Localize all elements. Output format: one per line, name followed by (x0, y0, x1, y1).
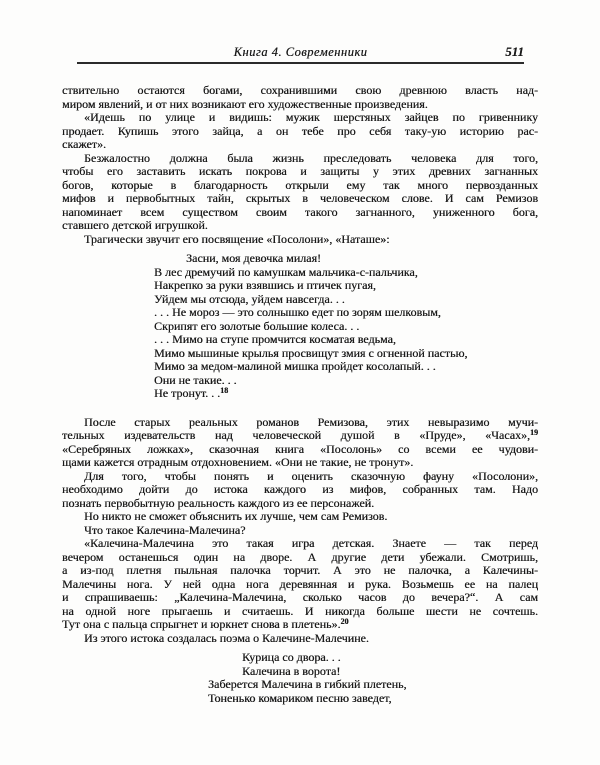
running-head: Книга 4. Современники 511 (77, 43, 524, 64)
line-text: Накрепко за руки взявшись и птичек пугая… (154, 278, 376, 292)
text-line: тельных издевательств над человеческой д… (62, 429, 538, 443)
text-line: познать первобытную реальность каждого и… (62, 497, 538, 511)
line-text: Уйдем мы отсюда, уйдем навсегда. . . (154, 292, 345, 306)
line-text: В лес дремучий по камушкам мальчика-с-па… (154, 265, 418, 279)
text-line: миром явлений, и от них возникают его ху… (62, 98, 538, 112)
line-text: Скрипят его золотые большие колеса. . . (154, 319, 359, 333)
line-text: Засни, моя девочка милая! (186, 251, 321, 265)
line-text: богов, которые в благодарность открыли е… (62, 178, 538, 192)
line-text: Что такое Калечина-Малечина? (84, 523, 245, 537)
line-text: вечером останешься один на дворе. А друг… (62, 550, 538, 564)
line-text: ствительно остаются богами, сохранившими… (62, 83, 538, 97)
line-text: . . . Мимо на ступе промчится косматая в… (154, 332, 396, 346)
paragraph: «Идешь по улице и видишь: мужик шерстяны… (62, 111, 538, 152)
paragraph: ствительно остаются богами, сохранившими… (62, 84, 538, 111)
text-line: «Идешь по улице и видишь: мужик шерстяны… (62, 111, 538, 125)
text-line: Тут она с пальца спрыгнет и юркнет снова… (62, 618, 538, 632)
line-text: миром явлений, и от них возникают его ху… (62, 97, 428, 111)
text-line: скажет». (62, 138, 538, 152)
verse-line: Скрипят его золотые большие колеса. . . (154, 320, 538, 334)
line-text: Из этого истока создалась поэма о Калечи… (84, 631, 369, 645)
text-line: необходимо дойти до истока каждого из ми… (62, 483, 538, 497)
text-line: продает. Купишь этого зайца, а он тебе п… (62, 125, 538, 139)
line-text: «Калечина-Малечина это такая игра детска… (84, 536, 538, 550)
line-text: «Идешь по улице и видишь: мужик шерстяны… (84, 110, 538, 124)
text-line: Трагически звучит его посвящение «Посоло… (62, 233, 538, 247)
verse-line: Тоненько комариком песню заведет, (208, 692, 538, 706)
verse-line: Калечина в ворота! (242, 665, 538, 679)
line-text: . . . Не мороз — это солнышко едет по зо… (154, 305, 441, 319)
paragraph: Но никто не сможет объяснить их лучше, ч… (62, 510, 538, 524)
verse-line: Не тронут. . .18 (154, 387, 538, 401)
line-text: мифов и первобытных тайн, скрытых в чело… (62, 191, 538, 205)
line-text: Малечины нога. У ней одна нога деревянна… (62, 577, 538, 591)
text-line: богов, которые в благодарность открыли е… (62, 179, 538, 193)
line-text: и спрашиваешь: „Калечина-Малечина, сколь… (62, 590, 538, 604)
text-block: ствительно остаются богами, сохранившими… (62, 84, 538, 720)
text-line: напоминает всем существом своим такого з… (62, 206, 538, 220)
line-text: Трагически звучит его посвящение «Посоло… (84, 232, 390, 246)
line-text: Безжалостно должна была жизнь преследова… (84, 151, 538, 165)
verse-line: Они не такие. . . (154, 374, 538, 388)
page-number: 511 (505, 44, 524, 60)
line-text: напоминает всем существом своим такого з… (62, 205, 538, 219)
verse-line: Мимо за медом-малиной мишка пройдет косо… (154, 360, 538, 374)
verse-line: Заберется Малечина в гибкий плетень, (208, 678, 538, 692)
line-text: Калечина в ворота! (242, 664, 340, 678)
line-text: продает. Купишь этого зайца, а он тебе п… (62, 124, 538, 138)
text-line: а из-под плетня пыльная палочка торчит. … (62, 564, 538, 578)
text-line: Для того, чтобы понять и оценить сказочн… (62, 470, 538, 484)
text-line: на одной ноге прыгаешь и считаешь. И ник… (62, 605, 538, 619)
text-line: Из этого истока создалась поэма о Калечи… (62, 632, 538, 646)
text-line: После старых реальных романов Ремизова, … (62, 416, 538, 430)
line-text: Мимо мышиные крылья просвищут змия с огн… (154, 346, 467, 360)
line-text: тельных издевательств над человеческой д… (62, 428, 530, 442)
line-text: Они не такие. . . (154, 373, 237, 387)
line-text: скажет». (62, 137, 106, 151)
text-line: ставшего детской игрушкой. (62, 219, 538, 233)
text-line: щами кажется отрадным отдохновением. «Он… (62, 456, 538, 470)
line-text: Курица со двора. . . (242, 650, 341, 664)
line-text: После старых реальных романов Ремизова, … (84, 415, 538, 429)
book-page: Книга 4. Современники 511 ствительно ост… (0, 0, 600, 765)
paragraph: «Калечина-Малечина это такая игра детска… (62, 537, 538, 632)
text-line: ствительно остаются богами, сохранившими… (62, 84, 538, 98)
text-line: Что такое Калечина-Малечина? (62, 524, 538, 538)
verse-line: Засни, моя девочка милая! (186, 252, 538, 266)
line-text: Для того, чтобы понять и оценить сказочн… (84, 469, 538, 483)
line-text: Не тронут. . . (154, 386, 220, 400)
text-line: мифов и первобытных тайн, скрытых в чело… (62, 192, 538, 206)
text-line: Безжалостно должна была жизнь преследова… (62, 152, 538, 166)
line-text: «Серебряных ложках», сказочная книга «По… (62, 442, 538, 456)
line-text: щами кажется отрадным отдохновением. «Он… (62, 455, 413, 469)
line-text: Заберется Малечина в гибкий плетень, (208, 677, 407, 691)
footnote-ref: 20 (341, 617, 349, 626)
paragraph: Для того, чтобы понять и оценить сказочн… (62, 470, 538, 511)
verse-line: . . . Не мороз — это солнышко едет по зо… (154, 306, 538, 320)
line-text: Мимо за медом-малиной мишка пройдет косо… (154, 359, 436, 373)
verse-line: Мимо мышиные крылья просвищут змия с огн… (154, 347, 538, 361)
paragraph: Что такое Калечина-Малечина? (62, 524, 538, 538)
text-line: вечером останешься один на дворе. А друг… (62, 551, 538, 565)
verse-line: Накрепко за руки взявшись и птичек пугая… (154, 279, 538, 293)
paragraph: Трагически звучит его посвящение «Посоло… (62, 233, 538, 247)
text-line: и спрашиваешь: „Калечина-Малечина, сколь… (62, 591, 538, 605)
text-line: «Калечина-Малечина это такая игра детска… (62, 537, 538, 551)
text-line: чтобы его заставить искать покрова и защ… (62, 165, 538, 179)
line-text: чтобы его заставить искать покрова и защ… (62, 164, 538, 178)
verse-block: Засни, моя девочка милая!В лес дремучий … (62, 252, 538, 401)
line-text: а из-под плетня пыльная палочка торчит. … (62, 563, 538, 577)
verse-block: Курица со двора. . .Калечина в ворота!За… (62, 651, 538, 705)
text-line: Но никто не сможет объяснить их лучше, ч… (62, 510, 538, 524)
verse-line: Курица со двора. . . (242, 651, 538, 665)
running-title: Книга 4. Современники (234, 45, 368, 59)
line-text: на одной ноге прыгаешь и считаешь. И ник… (62, 604, 538, 618)
footnote-ref: 18 (220, 386, 228, 395)
line-text: ставшего детской игрушкой. (62, 218, 208, 232)
line-text: Тоненько комариком песню заведет, (208, 691, 392, 705)
line-text: Тут она с пальца спрыгнет и юркнет снова… (62, 617, 341, 631)
line-text: Но никто не сможет объяснить их лучше, ч… (84, 509, 387, 523)
text-line: Малечины нога. У ней одна нога деревянна… (62, 578, 538, 592)
paragraph: Безжалостно должна была жизнь преследова… (62, 152, 538, 233)
line-text: необходимо дойти до истока каждого из ми… (62, 482, 538, 496)
paragraph: После старых реальных романов Ремизова, … (62, 416, 538, 470)
verse-line: Уйдем мы отсюда, уйдем навсегда. . . (154, 293, 538, 307)
line-text: познать первобытную реальность каждого и… (62, 496, 374, 510)
footnote-ref: 19 (530, 428, 538, 437)
verse-line: . . . Мимо на ступе промчится косматая в… (154, 333, 538, 347)
text-line: «Серебряных ложках», сказочная книга «По… (62, 443, 538, 457)
verse-line: В лес дремучий по камушкам мальчика-с-па… (154, 266, 538, 280)
paragraph: Из этого истока создалась поэма о Калечи… (62, 632, 538, 646)
